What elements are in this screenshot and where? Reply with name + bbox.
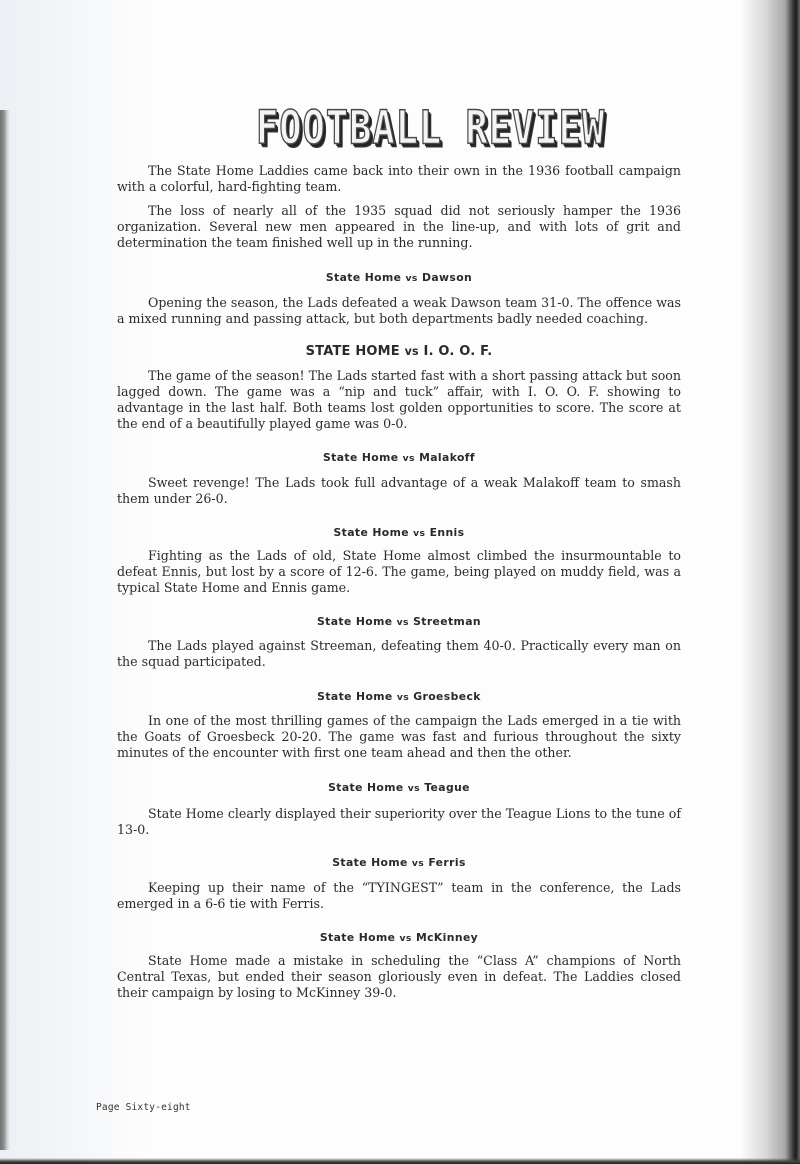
heading-opponent: Dawson — [422, 271, 472, 284]
heading-opponent: I. O. O. F. — [424, 344, 493, 359]
game-summary-ennis: Fighting as the Lads of old, State Home … — [117, 548, 681, 596]
game-heading-ioof: STATE HOME vs I. O. O. F. — [117, 344, 681, 359]
heading-opponent: Ennis — [430, 526, 465, 539]
game-heading-groesbeck: State Home vs Groesbeck — [117, 690, 681, 703]
page-binding-edge — [0, 110, 10, 1150]
heading-opponent: Groesbeck — [413, 690, 481, 703]
heading-home: State Home — [320, 931, 396, 944]
game-summary-dawson: Opening the season, the Lads defeated a … — [117, 295, 681, 327]
heading-vs: vs — [400, 933, 412, 944]
game-heading-streetman: State Home vs Streetman — [117, 615, 681, 628]
game-heading-mckinney: State Home vs McKinney — [117, 931, 681, 944]
heading-home: State Home — [326, 271, 402, 284]
intro-paragraph-2: The loss of nearly all of the 1935 squad… — [117, 203, 681, 251]
heading-vs: vs — [403, 453, 415, 464]
heading-home: State Home — [328, 781, 404, 794]
heading-home: State Home — [323, 451, 399, 464]
page-bottom-edge — [0, 1158, 800, 1164]
heading-vs: vs — [408, 783, 420, 794]
heading-opponent: Ferris — [428, 856, 465, 869]
heading-vs: vs — [397, 617, 409, 628]
game-summary-groesbeck: In one of the most thrilling games of th… — [117, 713, 681, 761]
heading-home: State Home — [317, 615, 393, 628]
intro-paragraph-1: The State Home Laddies came back into th… — [117, 163, 681, 195]
game-heading-teague: State Home vs Teague — [117, 781, 681, 794]
game-summary-teague: State Home clearly displayed their super… — [117, 806, 681, 838]
game-summary-ferris: Keeping up their name of the “TYINGEST” … — [117, 880, 681, 912]
heading-opponent: Malakoff — [419, 451, 475, 464]
heading-opponent: McKinney — [416, 931, 478, 944]
heading-home: State Home — [317, 690, 393, 703]
heading-home: STATE HOME — [306, 344, 400, 359]
heading-home: State Home — [334, 526, 410, 539]
heading-vs: vs — [412, 858, 424, 869]
game-heading-dawson: State Home vs Dawson — [117, 271, 681, 284]
game-heading-malakoff: State Home vs Malakoff — [117, 451, 681, 464]
heading-opponent: Teague — [424, 781, 470, 794]
game-heading-ennis: State Home vs Ennis — [117, 526, 681, 539]
heading-vs: vs — [397, 692, 409, 703]
page-right-edge — [740, 0, 800, 1164]
heading-home: State Home — [332, 856, 408, 869]
game-summary-malakoff: Sweet revenge! The Lads took full advant… — [117, 475, 681, 507]
heading-vs: vs — [413, 528, 425, 539]
page-number: Page Sixty-eight — [96, 1102, 191, 1113]
game-summary-mckinney: State Home made a mistake in scheduling … — [117, 953, 681, 1001]
game-summary-streetman: The Lads played against Streeman, defeat… — [117, 638, 681, 670]
heading-opponent: Streetman — [413, 615, 481, 628]
heading-vs: vs — [406, 273, 418, 284]
game-heading-ferris: State Home vs Ferris — [117, 856, 681, 869]
game-summary-ioof: The game of the season! The Lads started… — [117, 368, 681, 432]
heading-vs: vs — [405, 345, 419, 358]
page-title: FOOTBALL REVIEW — [256, 101, 552, 155]
